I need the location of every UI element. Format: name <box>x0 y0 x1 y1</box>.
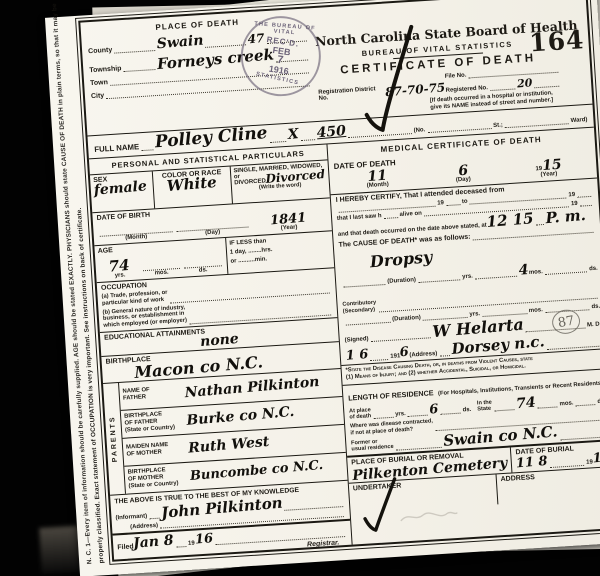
death-certificate-paper: N. C. 1—Every item of information should… <box>45 0 600 576</box>
certify-19a: 19 <box>437 200 444 206</box>
dotted-line <box>301 137 315 141</box>
secondary-label: (Secondary) <box>343 306 377 315</box>
dotted-line <box>408 413 428 417</box>
at-place-2: of death <box>349 413 371 421</box>
dotted-line <box>123 67 155 72</box>
dotted-line <box>149 516 159 520</box>
mother-name-value: Ruth West <box>188 436 270 455</box>
address-label: (Address) <box>130 523 158 531</box>
dotted-line <box>441 411 461 415</box>
dod-month-value: 11 <box>367 169 387 183</box>
alive-on-label: alive on <box>399 210 422 217</box>
dotted-line <box>343 282 385 288</box>
filed-label: Filed <box>117 543 134 551</box>
pencil-number-value: 87 <box>557 313 576 331</box>
pencil-scribble <box>398 507 459 525</box>
name-mark-x: X <box>287 128 299 141</box>
parents-section: PARENTS NAME OF FATHER Nathan Pilkinton <box>103 369 347 496</box>
dotted-line <box>538 405 558 409</box>
undertaker-address-cell: ADDRESS <box>496 467 600 504</box>
dotted-line <box>205 42 246 48</box>
burial-year-value: 15 <box>592 452 600 465</box>
dob-year-segment: 1841 (Year) <box>250 211 328 233</box>
if-less-cell: IF LESS than 1 day, ........hrs. or ....… <box>225 232 334 275</box>
duration-yrs-1: yrs. <box>462 274 473 281</box>
dod-day-segment: 6 (Day) <box>420 162 507 186</box>
county-label: County <box>88 46 113 55</box>
race-cell: COLOR OR RACE White <box>153 166 232 208</box>
medical-column: MEDICAL CERTIFICATE OF DEATH DATE OF DEA… <box>326 127 600 547</box>
st-label: St.; <box>493 122 503 129</box>
full-name-value: Polley Cline <box>154 126 268 151</box>
sex-value: female <box>93 180 150 197</box>
certify-19b: 19 <box>568 192 575 198</box>
ward-label: Ward) <box>571 117 588 124</box>
main-columns: PERSONAL AND STATISTICAL PARTICULARS SEX… <box>89 127 600 561</box>
dotted-line <box>439 353 449 357</box>
mos-caption: mos. <box>141 269 183 278</box>
duration-caption-2: (Duration) <box>392 315 421 323</box>
duration-caption-1: (Duration) <box>387 277 416 285</box>
dod-year-segment: 19 15 (Year) <box>505 157 592 181</box>
town-label: Town <box>90 79 108 87</box>
dotted-line <box>494 408 514 412</box>
dotted-line <box>490 86 515 91</box>
marital-cell: SINGLE, MARRIED, WIDOWED, or DIVORCED Di… <box>230 160 329 203</box>
dotted-line <box>446 202 460 206</box>
res-ds: ds. <box>463 407 472 414</box>
dotted-line <box>373 415 393 419</box>
dotted-line <box>550 462 584 467</box>
parents-label-text: PARENTS <box>109 415 119 462</box>
dotted-line <box>270 139 286 143</box>
death-ampm-value: P. m. <box>545 209 586 226</box>
father-name-value: Nathan Pilkinton <box>184 376 320 400</box>
in-the-2: State <box>477 406 492 413</box>
dotted-line <box>384 215 398 219</box>
signed-label: (Signed) <box>344 337 368 344</box>
scanner-background: N. C. 1—Every item of information should… <box>0 0 600 576</box>
residence-label: LENGTH OF RESIDENCE <box>348 388 434 402</box>
sex-cell: SEX female <box>90 171 156 212</box>
filed-date-value: Jan 8 <box>133 535 174 551</box>
dotted-line <box>427 126 491 133</box>
res-mos: mos. <box>559 401 573 408</box>
age-yrs-segment: 74 yrs. <box>98 258 141 280</box>
dotted-line <box>371 336 431 343</box>
res-yrs: yrs. <box>395 411 406 418</box>
checkmark-icon <box>349 21 430 143</box>
res-state-yrs-value: 74 <box>515 397 535 411</box>
former-2: usual residence <box>351 444 394 453</box>
registered-no-value: 20 <box>516 78 532 89</box>
father-birthplace-value: Burke co N.C. <box>186 406 295 428</box>
duration-mos-2: mos. <box>529 307 543 314</box>
mother-birthplace-value: Buncombe co N.C. <box>190 460 324 483</box>
age-ds-segment: ds. <box>182 265 224 275</box>
race-value: White <box>157 175 228 194</box>
ds-caption: ds. <box>182 266 224 275</box>
to-label: to <box>462 198 468 204</box>
burial-date-cell: DATE OF BURIAL 11 8 19 15 <box>511 441 600 473</box>
dotted-line <box>141 147 153 151</box>
informant-label: (Informant) <box>115 514 147 522</box>
death-time-value: 12 15 <box>486 212 534 229</box>
certificate-form: 164 THE BUREAU OF VITAL REC'D. FEB 7 191… <box>78 0 600 562</box>
duration-ds-2: ds. <box>591 304 600 311</box>
duration-mos-1: mos. <box>529 269 543 276</box>
dotted-line <box>545 269 587 275</box>
dotted-line <box>576 403 596 407</box>
dotted-line <box>534 84 559 89</box>
township-label: Township <box>89 65 122 74</box>
personal-column: PERSONAL AND STATISTICAL PARTICULARS SEX… <box>89 144 352 562</box>
age-mos-segment: mos. <box>141 268 183 278</box>
dotted-line <box>370 357 388 361</box>
dotted-line <box>176 544 186 548</box>
duration-ds-1: ds. <box>589 266 598 273</box>
county-value: Swain <box>156 35 204 51</box>
md-label: M. D. <box>587 322 600 329</box>
name-mark-450: 450 <box>316 125 346 140</box>
dotted-line <box>577 194 591 198</box>
filed-19: 19 <box>188 540 195 546</box>
dod-year-value: 15 <box>541 158 561 172</box>
dotted-line <box>418 277 460 283</box>
city-label: City <box>91 92 105 100</box>
undertaker-cell: UNDERTAKER <box>349 475 499 514</box>
full-name-label: FULL NAME <box>94 142 139 154</box>
birth-year-value: 1841 <box>270 212 307 227</box>
sign-address-label: (Address) <box>409 351 437 359</box>
duration-yrs-2: yrs. <box>469 311 480 318</box>
dotted-line <box>536 222 544 225</box>
checkmark-icon <box>356 477 406 538</box>
registered-no-label: Registered No. <box>445 85 488 94</box>
dod-month-segment: 11 (Month) <box>334 167 421 191</box>
dotted-line <box>505 121 569 128</box>
burial-date-value: 11 8 <box>516 456 549 470</box>
file-no-label: File No. <box>445 73 467 80</box>
dod-day-value: 6 <box>457 164 468 177</box>
sign-day-value: 1 6 <box>345 349 369 363</box>
dotted-line <box>475 274 517 280</box>
filed-year-value: 16 <box>194 533 213 546</box>
res-place-mos-value: 6 <box>429 404 439 416</box>
last-saw-label: that I last saw h <box>337 213 382 222</box>
sign-year-value: 6 <box>400 347 410 359</box>
cause-duration-value: 4 <box>518 263 529 276</box>
age-value: 74 <box>109 259 131 274</box>
dotted-line <box>114 48 155 54</box>
